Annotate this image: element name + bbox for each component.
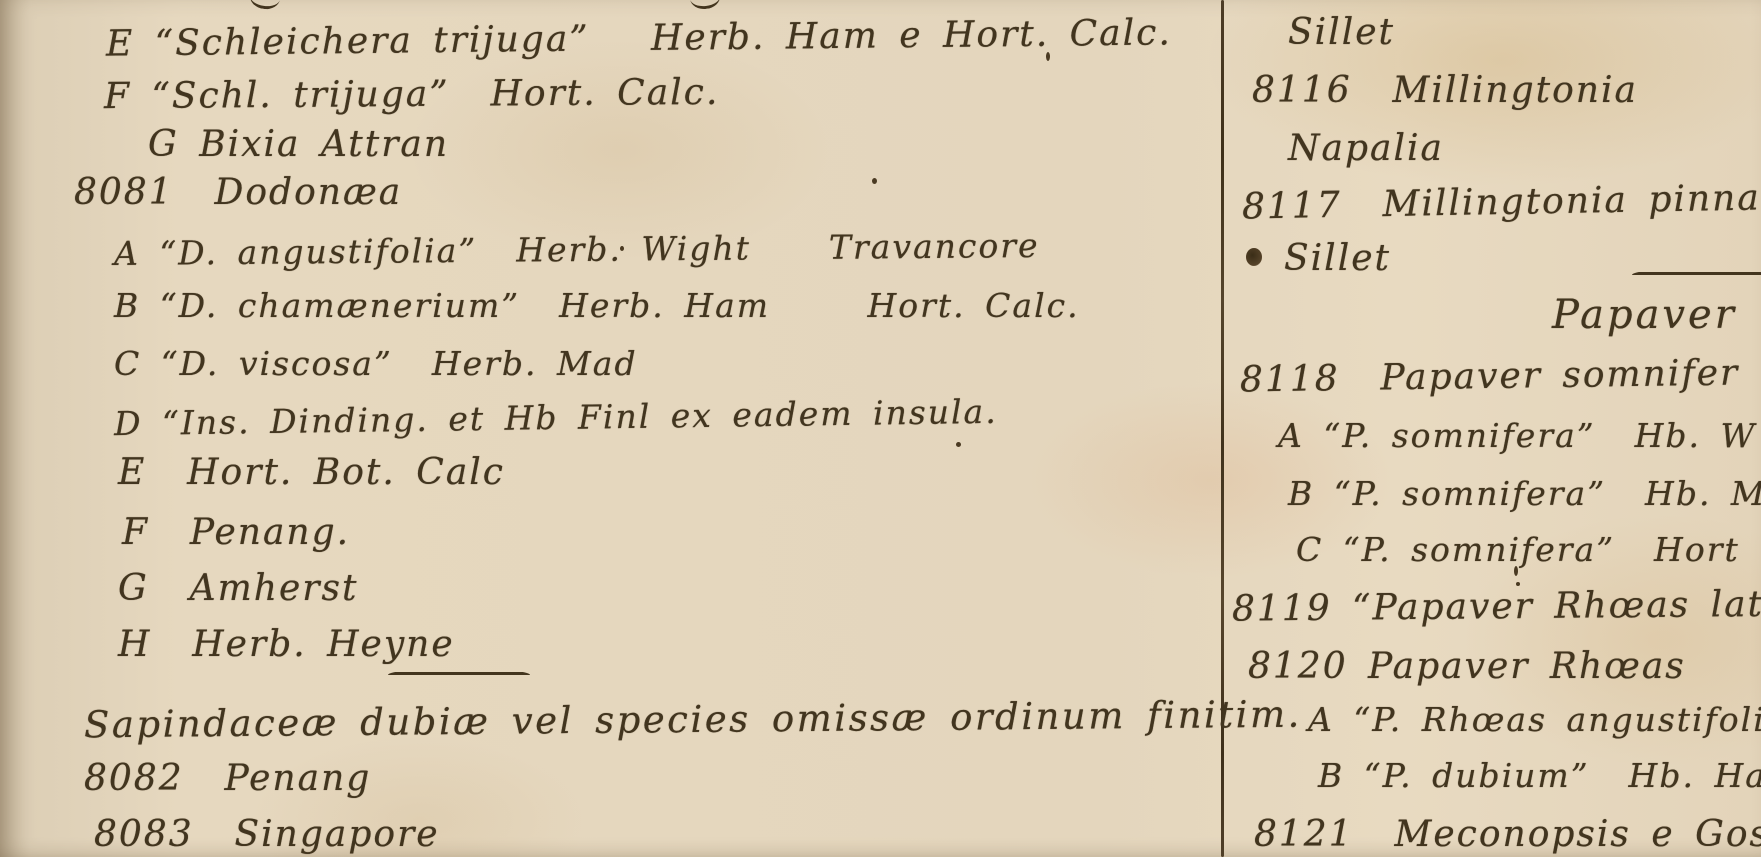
section-heading-papaver: Papaver (1552, 292, 1737, 338)
entry-8081-h: H Herb. Heyne (118, 624, 455, 665)
entry-8081-e: E Hort. Bot. Calc (118, 452, 505, 493)
entry-8081-b: B “D. chamænerium” Herb. Ham Hort. Calc. (114, 286, 1080, 325)
entry-8083-singapore: 8083 Singapore (94, 814, 440, 855)
entry-8081-d: D “Ins. Dinding. et Hb Finl ex eadem ins… (114, 392, 998, 443)
line-sillet-top: Sillet (1288, 12, 1395, 53)
separator-rule-right (1632, 268, 1761, 275)
entry-8081-g: G Amherst (118, 568, 358, 609)
entry-8118-b: B “P. somnifera” Hb. M (1288, 474, 1761, 513)
entry-line-schleichera: E “Schleichera trijuga” Herb. Ham e Hort… (106, 12, 1172, 64)
ink-speck (1514, 566, 1518, 576)
ink-blot (1246, 248, 1262, 266)
entry-8082-penang: 8082 Penang (84, 758, 371, 799)
note-sapindaceae-dubiae: Sapindaceæ dubiæ vel species omissæ ordi… (84, 693, 1302, 747)
ink-speck (620, 246, 624, 251)
entry-8117-millingtonia-pinnata: 8117 Millingtonia pinna (1242, 177, 1761, 227)
ink-speck (872, 178, 877, 184)
line-napalia: Napalia (1288, 128, 1444, 169)
entry-8118-papaver-somniferum: 8118 Papaver somnifer (1240, 353, 1740, 401)
entry-8081-c: C “D. viscosa” Herb. Mad (114, 344, 638, 383)
line-sillet-2: Sillet (1284, 238, 1391, 279)
entry-8120-a: A “P. Rhœas angustifolia (1308, 700, 1761, 739)
entry-8119-papaver-rhoeas: 8119 “Papaver Rhœas latifol (1232, 583, 1761, 629)
ink-speck (1516, 582, 1520, 586)
entry-8116-millingtonia: 8116 Millingtonia (1252, 70, 1638, 111)
entry-8081-f: F Penang. (122, 512, 350, 553)
cut-off-stroke (689, 0, 721, 11)
manuscript-page: E “Schleichera trijuga” Herb. Ham e Hort… (0, 0, 1761, 857)
entry-8121-meconopsis: 8121 Meconopsis e Gossa (1254, 814, 1761, 855)
entry-line-schl-trijuga: F “Schl. trijuga” Hort. Calc. (104, 72, 720, 117)
entry-8118-a: A “P. somnifera” Hb. W (1278, 416, 1756, 455)
ink-speck (956, 442, 961, 447)
entry-8081-a: A “D. angustifolia” Herb. Wight Travanco… (114, 226, 1040, 273)
entry-8118-c: C “P. somnifera” Hort (1296, 530, 1740, 569)
cut-off-stroke (249, 0, 282, 11)
ink-speck (1046, 52, 1050, 61)
entry-8120-papaver-rhoeas: 8120 Papaver Rhœas (1248, 646, 1686, 687)
entry-8120-b: B “P. dubium” Hb. Ham (1318, 756, 1761, 795)
entry-8081-dodonaea: 8081 Dodonæa (74, 172, 402, 213)
separator-rule-left (388, 668, 530, 675)
entry-line-bixia-attran: G Bixia Attran (148, 124, 449, 165)
